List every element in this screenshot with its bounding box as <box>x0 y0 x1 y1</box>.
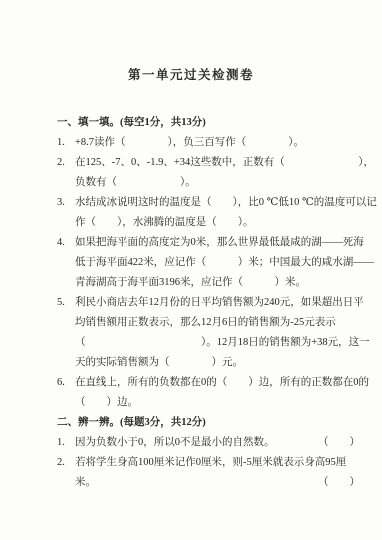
question-number: 6. <box>57 373 65 393</box>
question-item: 5. 利民小商店去年12月份的日平均销售额为240元，如果超出日平 均销售额用正… <box>57 293 370 373</box>
question-item: 1. 因为负数小于0，所以0不是最小的自然数。 （ ） <box>57 433 370 453</box>
question-text: 水结成冰说明这时的温度是（ ），比0 ℃低10 ℃的温度可以记 作（ ），水沸腾… <box>75 193 370 233</box>
section-heading: 一、填一填。(每空1分，共13分) <box>57 113 370 133</box>
question-number: 4. <box>57 233 65 253</box>
question-item: 2. 若将学生身高100厘米记作0厘米，则-5厘米就表示身高95厘 米。 （ ） <box>57 453 370 493</box>
question-number: 3. <box>57 193 65 213</box>
section-heading: 二、辨一辨。(每题3分，共12分) <box>57 413 370 433</box>
question-text: 在直线上，所有的负数都在0的（ ）边，所有的正数都在0的 （ ）边。 <box>75 373 370 413</box>
question-item: 2. 在125、-7、0、-1.9、+34这些数中，正数有（ ）， 负数有（ ）… <box>57 153 370 193</box>
question-item: 4. 如果把海平面的高度定为0米，那么世界最低最咸的湖——死海 低于海平面422… <box>57 233 370 293</box>
answer-blank: （ ） <box>318 473 360 493</box>
question-item: 1. +8.7读作（ ），负三百写作（ ）。 <box>57 133 370 153</box>
exam-content: 一、填一填。(每空1分，共13分) 1. +8.7读作（ ），负三百写作（ ）。… <box>57 113 370 493</box>
question-item: 3. 水结成冰说明这时的温度是（ ），比0 ℃低10 ℃的温度可以记 作（ ），… <box>57 193 370 233</box>
exam-section: 二、辨一辨。(每题3分，共12分) 1. 因为负数小于0，所以0不是最小的自然数… <box>57 413 370 493</box>
question-item: 6. 在直线上，所有的负数都在0的（ ）边，所有的正数都在0的 （ ）边。 <box>57 373 370 413</box>
question-number: 1. <box>57 133 65 153</box>
question-text: 如果把海平面的高度定为0米，那么世界最低最咸的湖——死海 低于海平面422米，应… <box>75 233 370 293</box>
question-text: 利民小商店去年12月份的日平均销售额为240元，如果超出日平 均销售额用正数表示… <box>75 293 370 373</box>
answer-blank: （ ） <box>318 433 360 453</box>
question-list: 1. +8.7读作（ ），负三百写作（ ）。 2. 在125、-7、0、-1.9… <box>57 133 370 413</box>
exam-paper: 第一单元过关检测卷 一、填一填。(每空1分，共13分) 1. +8.7读作（ ）… <box>0 0 382 540</box>
question-list: 1. 因为负数小于0，所以0不是最小的自然数。 （ ） 2. 若将学生身高100… <box>57 433 370 493</box>
question-number: 2. <box>57 453 65 473</box>
question-number: 5. <box>57 293 65 313</box>
question-number: 2. <box>57 153 65 173</box>
question-text: 在125、-7、0、-1.9、+34这些数中，正数有（ ）， 负数有（ ）。 <box>75 153 370 193</box>
exam-section: 一、填一填。(每空1分，共13分) 1. +8.7读作（ ），负三百写作（ ）。… <box>57 113 370 413</box>
question-text: +8.7读作（ ），负三百写作（ ）。 <box>75 133 370 153</box>
exam-title: 第一单元过关检测卷 <box>0 0 382 84</box>
question-number: 1. <box>57 433 65 453</box>
